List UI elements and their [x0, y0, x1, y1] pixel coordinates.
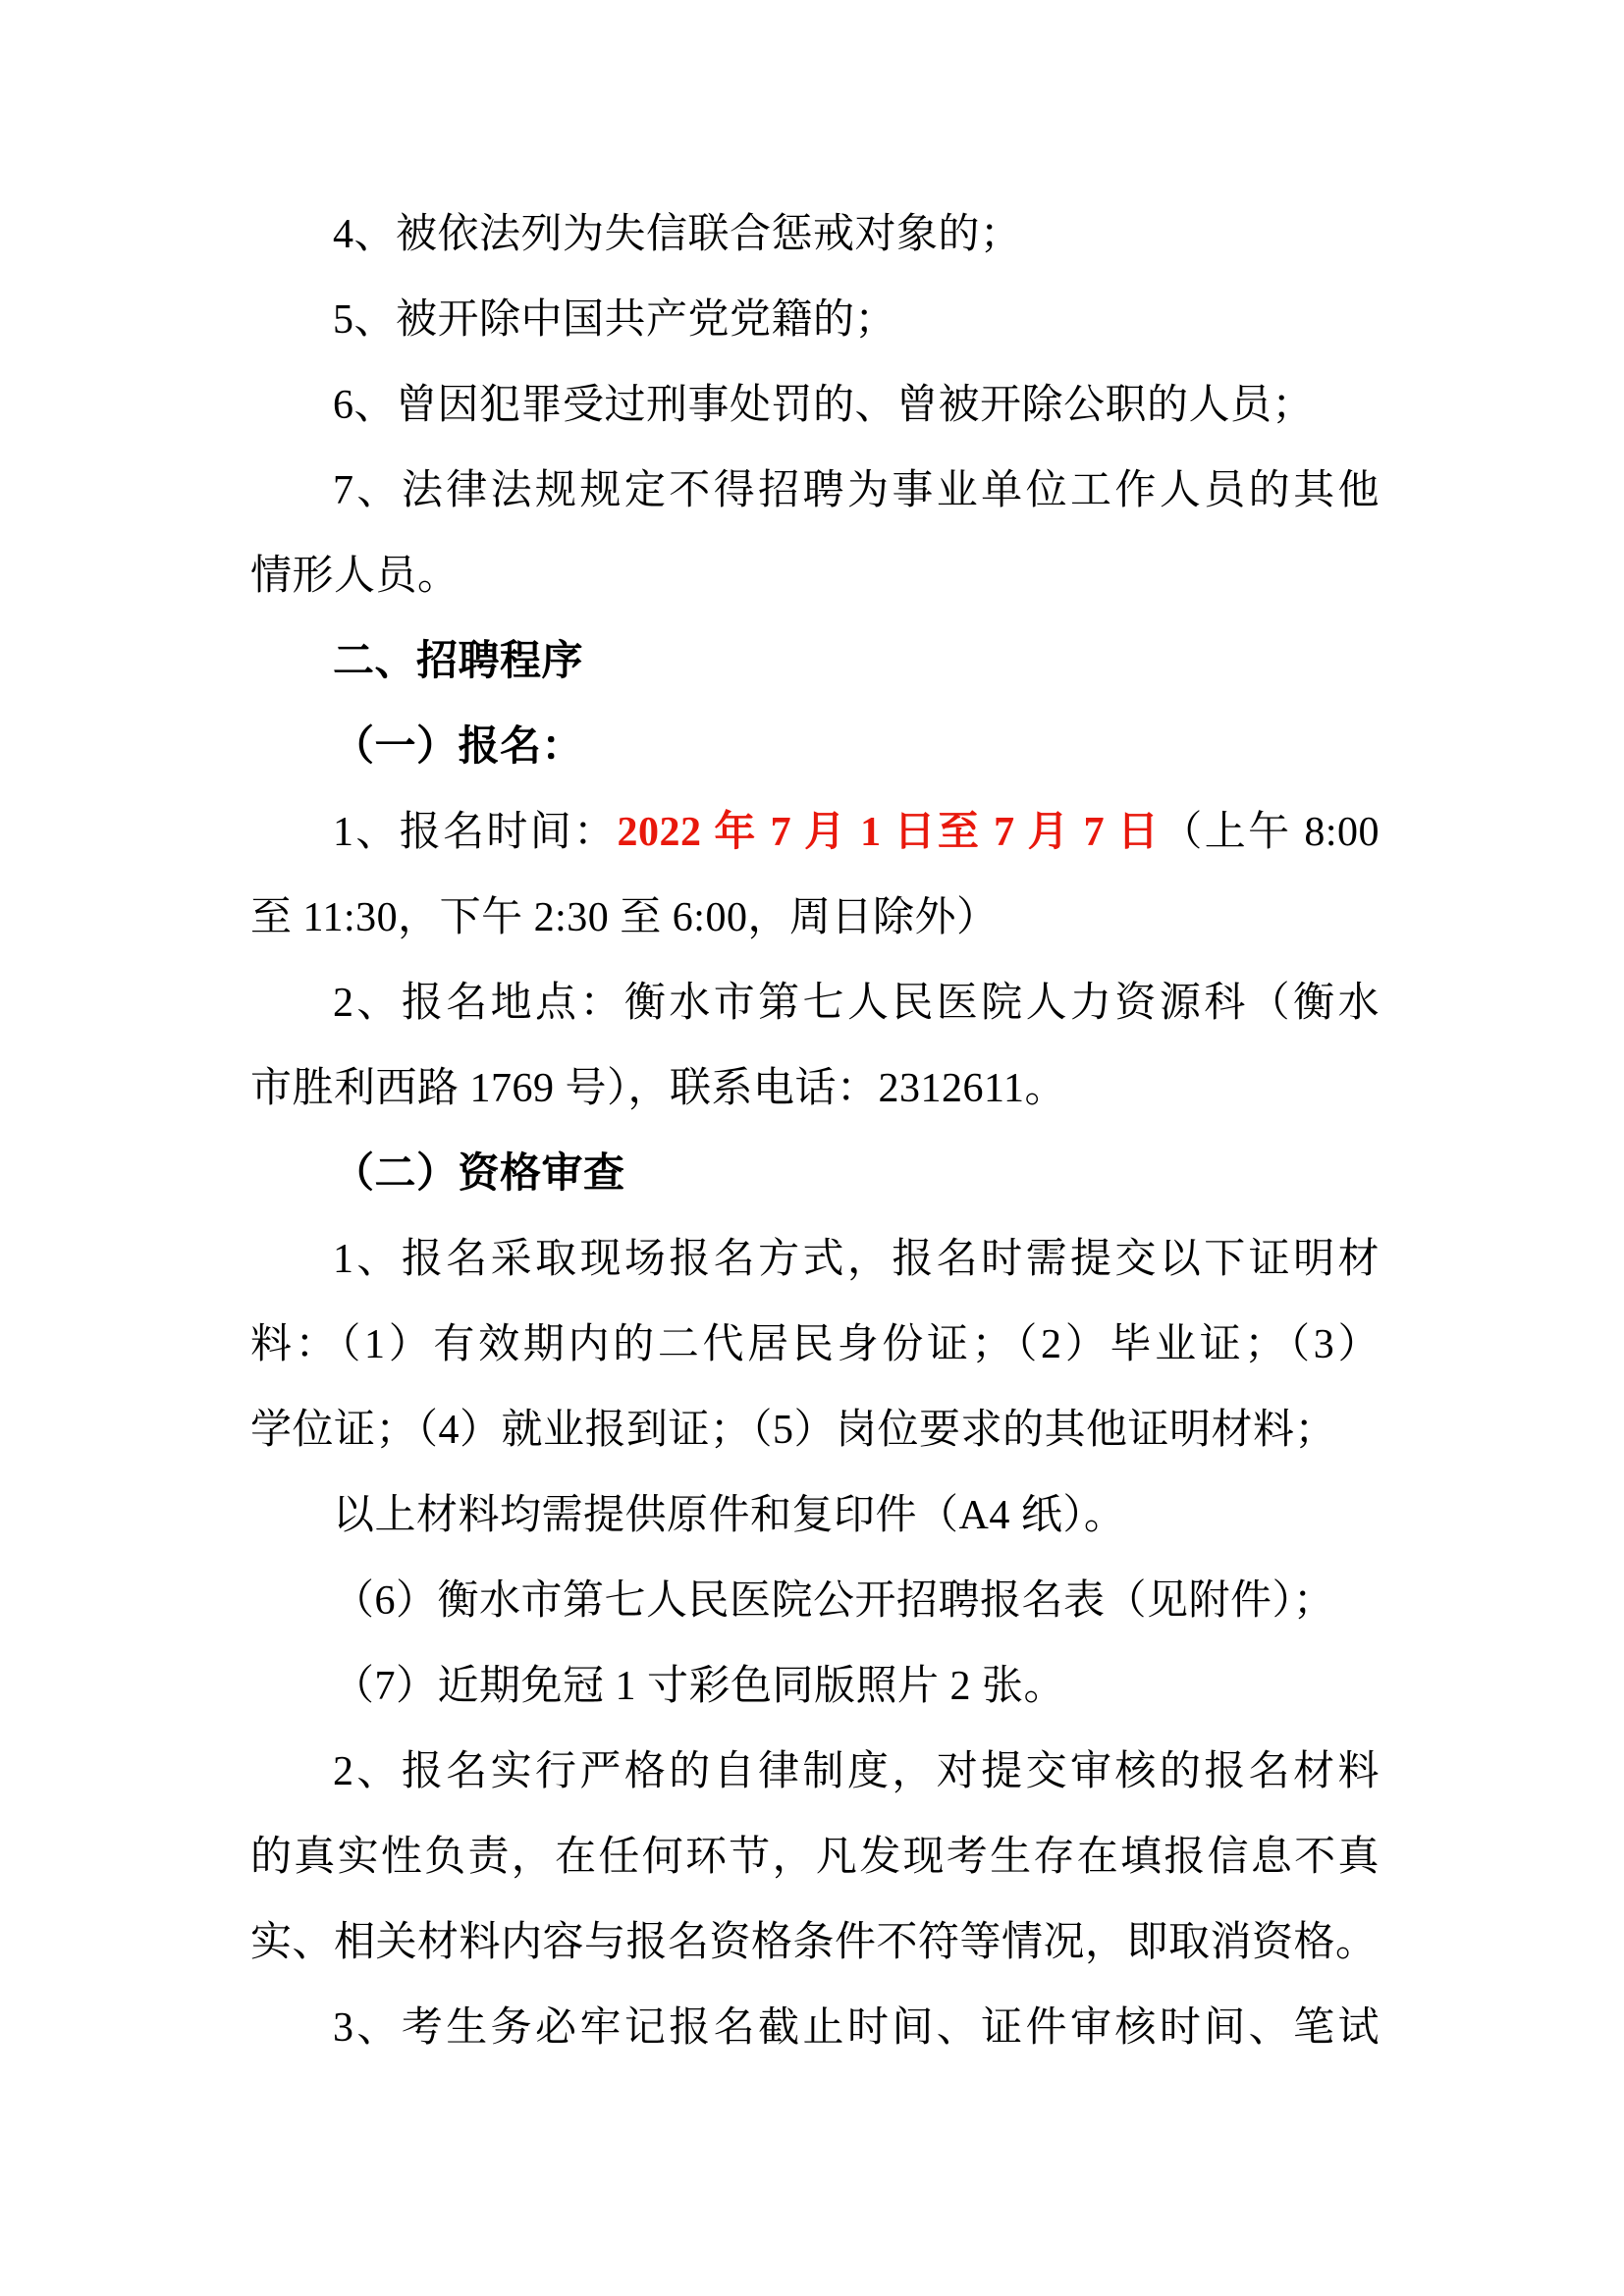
- text-segment: 市胜利西路 1769 号），联系电话：2312611。: [250, 1066, 1066, 1111]
- text-segment: 的真实性负责，在任何环节，凡发现考生存在填报信息不真: [250, 1835, 1380, 1880]
- text-line-17: （6）衡水市第七人民医院公开招聘报名表（见附件）；: [250, 1559, 1380, 1644]
- text-segment: 3、考生务必牢记报名截止时间、证件审核时间、笔试: [333, 2005, 1380, 2051]
- text-segment: （6）衡水市第七人民医院公开招聘报名表（见附件）；: [333, 1578, 1335, 1624]
- text-line-20: 的真实性负责，在任何环节，凡发现考生存在填报信息不真: [250, 1815, 1380, 1900]
- text-segment: （一）报名：: [333, 724, 583, 770]
- text-line-14: 料：（1）有效期内的二代居民身份证；（2）毕业证；（3）: [250, 1303, 1380, 1388]
- text-line-5: 情形人员。: [250, 534, 1380, 619]
- text-line-10: 2、报名地点：衡水市第七人民医院人力资源科（衡水: [250, 961, 1380, 1046]
- text-segment: 6、曾因犯罪受过刑事处罚的、曾被开除公职的人员；: [333, 383, 1314, 428]
- text-segment: 2、报名实行严格的自律制度，对提交审核的报名材料: [333, 1749, 1380, 1794]
- text-segment: 学位证；（4）就业报到证；（5）岗位要求的其他证明材料；: [250, 1408, 1336, 1453]
- text-segment: 情形人员。: [250, 554, 460, 599]
- text-segment: （7）近期免冠 1 寸彩色同版照片 2 张。: [333, 1664, 1065, 1709]
- text-segment: 4、被依法列为失信联合惩戒对象的；: [333, 212, 1022, 257]
- text-segment: 2、报名地点：衡水市第七人民医院人力资源科（衡水: [333, 981, 1380, 1026]
- text-segment: 实、相关材料内容与报名资格条件不符等情况，即取消资格。: [250, 1920, 1378, 1965]
- text-segment: 料：（1）有效期内的二代居民身份证；（2）毕业证；（3）: [250, 1322, 1380, 1367]
- text-line-19: 2、报名实行严格的自律制度，对提交审核的报名材料: [250, 1730, 1380, 1815]
- text-line-2: 5、被开除中国共产党党籍的；: [250, 278, 1380, 363]
- text-line-13: 1、报名采取现场报名方式，报名时需提交以下证明材: [250, 1217, 1380, 1303]
- text-column: 4、被依法列为失信联合惩戒对象的；5、被开除中国共产党党籍的；6、曾因犯罪受过刑…: [250, 192, 1380, 2071]
- text-line-9: 至 11:30，下午 2:30 至 6:00，周日除外）: [250, 876, 1380, 961]
- text-line-16: 以上材料均需提供原件和复印件（A4 纸）。: [250, 1473, 1380, 1559]
- text-line-4: 7、法律法规规定不得招聘为事业单位工作人员的其他: [250, 449, 1380, 534]
- text-line-21: 实、相关材料内容与报名资格条件不符等情况，即取消资格。: [250, 1900, 1380, 1986]
- text-segment: 7、法律法规规定不得招聘为事业单位工作人员的其他: [333, 468, 1380, 513]
- text-segment: 二、招聘程序: [333, 639, 583, 684]
- text-line-6: 二、招聘程序: [250, 619, 1380, 705]
- text-line-3: 6、曾因犯罪受过刑事处罚的、曾被开除公职的人员；: [250, 363, 1380, 449]
- text-line-11: 市胜利西路 1769 号），联系电话：2312611。: [250, 1046, 1380, 1132]
- text-segment: 5、被开除中国共产党党籍的；: [333, 297, 896, 343]
- text-line-8: 1、报名时间：2022 年 7 月 1 日至 7 月 7 日（上午 8:00: [250, 790, 1380, 876]
- text-segment: （上午 8:00: [1161, 810, 1380, 855]
- text-segment: 至 11:30，下午 2:30 至 6:00，周日除外）: [250, 895, 998, 940]
- text-line-1: 4、被依法列为失信联合惩戒对象的；: [250, 192, 1380, 278]
- text-segment: 1、报名时间：: [333, 810, 618, 855]
- text-segment: 1、报名采取现场报名方式，报名时需提交以下证明材: [333, 1237, 1380, 1282]
- text-line-12: （二）资格审查: [250, 1132, 1380, 1217]
- text-line-18: （7）近期免冠 1 寸彩色同版照片 2 张。: [250, 1644, 1380, 1730]
- date-highlight-text: 2022 年 7 月 1 日至 7 月 7 日: [618, 810, 1162, 855]
- text-line-15: 学位证；（4）就业报到证；（5）岗位要求的其他证明材料；: [250, 1388, 1380, 1473]
- text-line-7: （一）报名：: [250, 705, 1380, 790]
- text-segment: （二）资格审查: [333, 1151, 625, 1197]
- document-page: 4、被依法列为失信联合惩戒对象的；5、被开除中国共产党党籍的；6、曾因犯罪受过刑…: [0, 0, 1624, 2296]
- text-line-22: 3、考生务必牢记报名截止时间、证件审核时间、笔试: [250, 1986, 1380, 2071]
- text-segment: 以上材料均需提供原件和复印件（A4 纸）。: [333, 1493, 1125, 1538]
